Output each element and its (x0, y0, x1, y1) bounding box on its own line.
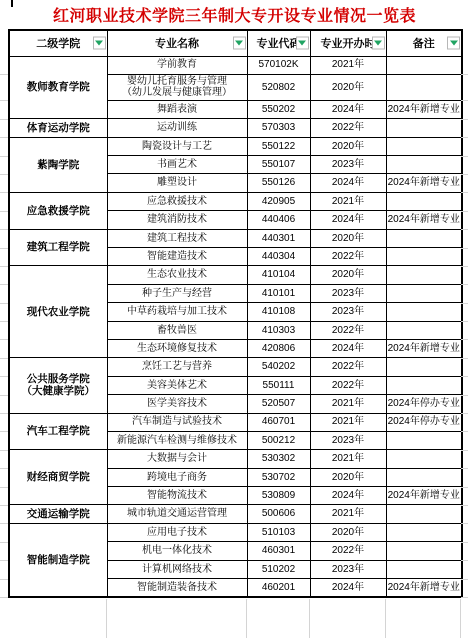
gridline-stub (461, 468, 468, 469)
gridline-stub (461, 395, 468, 396)
college-cell[interactable]: 体育运动学院 (9, 119, 107, 137)
gridline-stub (461, 560, 468, 561)
column-header-label: 备注 (413, 38, 435, 50)
column-header-major[interactable]: 专业名称 (107, 30, 247, 56)
year-cell[interactable]: 2021年 (310, 56, 386, 74)
note-cell[interactable] (386, 542, 462, 560)
code-cell[interactable]: 570303 (247, 119, 310, 137)
gridline-stub (0, 505, 8, 506)
college-cell[interactable]: 智能制造学院 (9, 523, 107, 597)
gridline-stub (0, 303, 8, 304)
table-row: 财经商贸学院大数据与会计5303022021年 (9, 450, 462, 468)
college-cell[interactable]: 紫陶学院 (9, 137, 107, 192)
gridline-stub (0, 431, 8, 432)
note-cell[interactable] (386, 192, 462, 210)
note-cell[interactable] (386, 431, 462, 449)
gridline-stub (461, 321, 468, 322)
page-title: 红河职业技术学院三年制大专开设专业情况一览表 (8, 0, 461, 29)
gridline-stub (461, 174, 468, 175)
filter-dropdown-icon[interactable] (233, 37, 246, 50)
code-cell[interactable]: 440301 (247, 229, 310, 247)
code-cell[interactable]: 420806 (247, 339, 310, 357)
gridline-stub (0, 266, 8, 267)
code-cell[interactable]: 550126 (247, 174, 310, 192)
gridline-stub (0, 542, 8, 543)
year-cell[interactable]: 2021年 (310, 450, 386, 468)
year-cell[interactable]: 2024年 (310, 174, 386, 192)
note-cell[interactable] (386, 284, 462, 302)
year-cell[interactable]: 2024年 (310, 579, 386, 597)
code-cell[interactable]: 460301 (247, 542, 310, 560)
gridline-stub (385, 599, 386, 638)
major-cell[interactable]: 机电一体化技术 (107, 542, 247, 560)
gridline-stub (0, 192, 8, 193)
code-cell[interactable]: 530702 (247, 468, 310, 486)
table-row: 体育运动学院运动训练5703032022年 (9, 119, 462, 137)
note-cell[interactable] (386, 74, 462, 100)
column-header-label: 二级学院 (36, 38, 80, 50)
gridline-stub (246, 599, 247, 638)
column-header-label: 专业代码 (257, 38, 301, 50)
column-header-year[interactable]: 专业开办时 (310, 30, 386, 56)
note-cell[interactable]: 2024年新增专业 (386, 579, 462, 597)
gridline-stub (0, 100, 8, 101)
gridline-stub (461, 192, 468, 193)
filter-dropdown-icon[interactable] (447, 37, 460, 50)
year-cell[interactable]: 2022年 (310, 542, 386, 560)
gridline-stub (461, 431, 468, 432)
major-cell[interactable]: 运动训练 (107, 119, 247, 137)
table-row: 紫陶学院陶瓷设计与工艺5501222020年 (9, 137, 462, 155)
year-cell[interactable]: 2022年 (310, 248, 386, 266)
gridline-stub (461, 74, 468, 75)
gridline-stub (0, 339, 8, 340)
code-cell[interactable]: 510202 (247, 560, 310, 578)
table-row: 教师教育学院学前教育570102K2021年 (9, 56, 462, 74)
filter-dropdown-icon[interactable] (93, 37, 106, 50)
gridline-stub (461, 523, 468, 524)
note-cell[interactable] (386, 505, 462, 523)
code-cell[interactable]: 500212 (247, 431, 310, 449)
chevron-down-icon (235, 41, 243, 46)
year-cell[interactable]: 2020年 (310, 137, 386, 155)
majors-table: 二级学院 专业名称 专业代码 专业开办时 备注 (8, 29, 463, 598)
gridline-stub (0, 376, 8, 377)
code-cell[interactable]: 410101 (247, 284, 310, 302)
gridline-stub (461, 137, 468, 138)
note-cell[interactable] (386, 560, 462, 578)
note-cell[interactable] (386, 450, 462, 468)
college-cell[interactable]: 现代农业学院 (9, 266, 107, 358)
year-cell[interactable]: 2020年 (310, 468, 386, 486)
major-cell[interactable]: 应用电子技术 (107, 523, 247, 541)
gridline-stub (0, 284, 8, 285)
gridline-stub (461, 303, 468, 304)
table-row: 汽车工程学院汽车制造与试验技术4607012021年2024年停办专业 (9, 413, 462, 431)
note-cell[interactable] (386, 376, 462, 394)
gridline-stub (0, 156, 8, 157)
gridline-stub (106, 599, 107, 638)
major-cell[interactable]: 婴幼儿托育服务与管理 （幼儿发展与健康管理） (107, 74, 247, 100)
major-cell[interactable]: 医学美容技术 (107, 395, 247, 413)
code-cell[interactable]: 550107 (247, 156, 310, 174)
note-cell[interactable] (386, 321, 462, 339)
gridline-stub (0, 560, 8, 561)
year-cell[interactable]: 2023年 (310, 284, 386, 302)
code-cell[interactable]: 530809 (247, 487, 310, 505)
major-cell[interactable]: 智能制造装备技术 (107, 579, 247, 597)
college-cell[interactable]: 应急救援学院 (9, 192, 107, 229)
gridline-stub (309, 599, 310, 638)
note-cell[interactable]: 2024年新增专业 (386, 211, 462, 229)
year-cell[interactable]: 2020年 (310, 74, 386, 100)
year-cell[interactable]: 2024年 (310, 100, 386, 118)
column-header-note[interactable]: 备注 (386, 30, 462, 56)
code-cell[interactable]: 530302 (247, 450, 310, 468)
code-cell[interactable]: 550202 (247, 100, 310, 118)
code-cell[interactable]: 420905 (247, 192, 310, 210)
gridline-stub (460, 599, 461, 638)
gridline-stub (0, 174, 8, 175)
gridline-stub (0, 450, 8, 451)
major-cell[interactable]: 烹饪工艺与营养 (107, 358, 247, 376)
note-cell[interactable] (386, 137, 462, 155)
column-header-college[interactable]: 二级学院 (9, 30, 107, 56)
year-cell[interactable]: 2020年 (310, 266, 386, 284)
gridline-stub (461, 248, 468, 249)
major-cell[interactable]: 生态农业技术 (107, 266, 247, 284)
code-cell[interactable]: 440304 (247, 248, 310, 266)
gridline-stub (461, 505, 468, 506)
table-row: 建筑工程学院建筑工程技术4403012020年 (9, 229, 462, 247)
college-cell[interactable]: 汽车工程学院 (9, 413, 107, 450)
gridline-stub (461, 487, 468, 488)
year-cell[interactable]: 2023年 (310, 156, 386, 174)
major-cell[interactable]: 生态环境修复技术 (107, 339, 247, 357)
major-cell[interactable]: 学前教育 (107, 56, 247, 74)
note-cell[interactable]: 2024年新增专业 (386, 174, 462, 192)
year-cell[interactable]: 2023年 (310, 303, 386, 321)
major-cell[interactable]: 计算机网络技术 (107, 560, 247, 578)
major-cell[interactable]: 书画艺术 (107, 156, 247, 174)
year-cell[interactable]: 2022年 (310, 119, 386, 137)
gridline-stub (461, 413, 468, 414)
major-cell[interactable]: 舞蹈表演 (107, 100, 247, 118)
note-cell[interactable]: 2024年停办专业 (386, 395, 462, 413)
filter-dropdown-icon[interactable] (296, 37, 309, 50)
chevron-down-icon (298, 41, 306, 46)
gridline-stub (461, 284, 468, 285)
code-cell[interactable]: 550111 (247, 376, 310, 394)
gridline-stub (0, 248, 8, 249)
chevron-down-icon (450, 41, 458, 46)
year-cell[interactable]: 2023年 (310, 431, 386, 449)
major-cell[interactable]: 中草药栽培与加工技术 (107, 303, 247, 321)
gridline-stub (461, 358, 468, 359)
gridline-stub (0, 468, 8, 469)
chevron-down-icon (95, 41, 103, 46)
column-header-label: 专业开办时 (321, 38, 376, 50)
year-cell[interactable]: 2021年 (310, 505, 386, 523)
column-header-code[interactable]: 专业代码 (247, 30, 310, 56)
gridline-stub (461, 339, 468, 340)
gridline-stub (0, 579, 8, 580)
note-cell[interactable] (386, 303, 462, 321)
gridline-stub (0, 137, 8, 138)
gridline-stub (461, 100, 468, 101)
code-cell[interactable]: 520802 (247, 74, 310, 100)
table-row: 现代农业学院生态农业技术4101042020年 (9, 266, 462, 284)
table-row: 交通运输学院城市轨道交通运营管理5006062021年 (9, 505, 462, 523)
major-cell[interactable]: 汽车制造与试验技术 (107, 413, 247, 431)
code-cell[interactable]: 520507 (247, 395, 310, 413)
gridline-stub (0, 413, 8, 414)
gridline-stub (461, 211, 468, 212)
gridline-stub (0, 321, 8, 322)
major-cell[interactable]: 城市轨道交通运营管理 (107, 505, 247, 523)
filter-dropdown-icon[interactable] (372, 37, 385, 50)
major-cell[interactable]: 种子生产与经营 (107, 284, 247, 302)
code-cell[interactable]: 410104 (247, 266, 310, 284)
gridline-stub (0, 358, 8, 359)
note-cell[interactable] (386, 119, 462, 137)
gridline-stub (461, 156, 468, 157)
spreadsheet-view: 红河职业技术学院三年制大专开设专业情况一览表 二级学院 专业名称 专业代码 (0, 0, 468, 638)
gridline-stub (461, 450, 468, 451)
code-cell[interactable]: 550122 (247, 137, 310, 155)
gridline-stub (461, 542, 468, 543)
code-cell[interactable]: 500606 (247, 505, 310, 523)
major-cell[interactable]: 应急救援技术 (107, 192, 247, 210)
year-cell[interactable]: 2021年 (310, 192, 386, 210)
major-cell[interactable]: 建筑工程技术 (107, 229, 247, 247)
college-cell[interactable]: 建筑工程学院 (9, 229, 107, 266)
gridline-stub (0, 523, 8, 524)
column-header-label: 专业名称 (155, 38, 199, 50)
year-cell[interactable]: 2021年 (310, 395, 386, 413)
chevron-down-icon (374, 41, 382, 46)
college-cell[interactable]: 交通运输学院 (9, 505, 107, 523)
note-cell[interactable] (386, 468, 462, 486)
gridline-stub (461, 229, 468, 230)
gridline-stub (461, 597, 468, 598)
year-cell[interactable]: 2024年 (310, 211, 386, 229)
college-cell[interactable]: 公共服务学院 （大健康学院） (9, 358, 107, 413)
note-cell[interactable] (386, 56, 462, 74)
table-row: 应急救援学院应急救援技术4209052021年 (9, 192, 462, 210)
note-cell[interactable]: 2024年新增专业 (386, 100, 462, 118)
note-cell[interactable]: 2024年新增专业 (386, 339, 462, 357)
code-cell[interactable]: 460701 (247, 413, 310, 431)
note-cell[interactable] (386, 266, 462, 284)
major-cell[interactable]: 建筑消防技术 (107, 211, 247, 229)
major-cell[interactable]: 跨境电子商务 (107, 468, 247, 486)
gridline-stub (461, 579, 468, 580)
note-cell[interactable] (386, 248, 462, 266)
note-cell[interactable] (386, 156, 462, 174)
note-cell[interactable] (386, 523, 462, 541)
major-cell[interactable]: 智能建造技术 (107, 248, 247, 266)
major-cell[interactable]: 美容美体艺术 (107, 376, 247, 394)
gridline-stub (0, 211, 8, 212)
gridline-stub (0, 395, 8, 396)
gridline-stub (0, 119, 8, 120)
note-cell[interactable]: 2024年停办专业 (386, 413, 462, 431)
year-cell[interactable]: 2020年 (310, 229, 386, 247)
college-cell[interactable]: 教师教育学院 (9, 56, 107, 119)
year-cell[interactable]: 2024年 (310, 487, 386, 505)
note-cell[interactable]: 2024年新增专业 (386, 487, 462, 505)
major-cell[interactable]: 雕塑设计 (107, 174, 247, 192)
code-cell[interactable]: 410303 (247, 321, 310, 339)
major-cell[interactable]: 畜牧兽医 (107, 321, 247, 339)
table-row: 智能制造学院应用电子技术5101032020年 (9, 523, 462, 541)
gridline-stub (0, 487, 8, 488)
code-cell[interactable]: 410108 (247, 303, 310, 321)
code-cell[interactable]: 510103 (247, 523, 310, 541)
gridline-stub (0, 74, 8, 75)
year-cell[interactable]: 2023年 (310, 560, 386, 578)
note-cell[interactable] (386, 358, 462, 376)
gridline-stub (461, 266, 468, 267)
year-cell[interactable]: 2022年 (310, 358, 386, 376)
major-cell[interactable]: 新能源汽车检测与维修技术 (107, 431, 247, 449)
code-cell[interactable]: 440406 (247, 211, 310, 229)
gridline-stub (0, 597, 8, 598)
gridline-stub (461, 119, 468, 120)
major-cell[interactable]: 陶瓷设计与工艺 (107, 137, 247, 155)
year-cell[interactable]: 2022年 (310, 376, 386, 394)
year-cell[interactable]: 2020年 (310, 523, 386, 541)
table-row: 公共服务学院 （大健康学院）烹饪工艺与营养5402022022年 (9, 358, 462, 376)
gridline-stub (461, 376, 468, 377)
year-cell[interactable]: 2022年 (310, 321, 386, 339)
year-cell[interactable]: 2021年 (310, 413, 386, 431)
major-cell[interactable]: 大数据与会计 (107, 450, 247, 468)
code-cell[interactable]: 460201 (247, 579, 310, 597)
code-cell[interactable]: 540202 (247, 358, 310, 376)
year-cell[interactable]: 2024年 (310, 339, 386, 357)
gridline-stub (0, 229, 8, 230)
code-cell[interactable]: 570102K (247, 56, 310, 74)
header-row: 二级学院 专业名称 专业代码 专业开办时 备注 (9, 30, 462, 56)
college-cell[interactable]: 财经商贸学院 (9, 450, 107, 505)
major-cell[interactable]: 智能物流技术 (107, 487, 247, 505)
note-cell[interactable] (386, 229, 462, 247)
